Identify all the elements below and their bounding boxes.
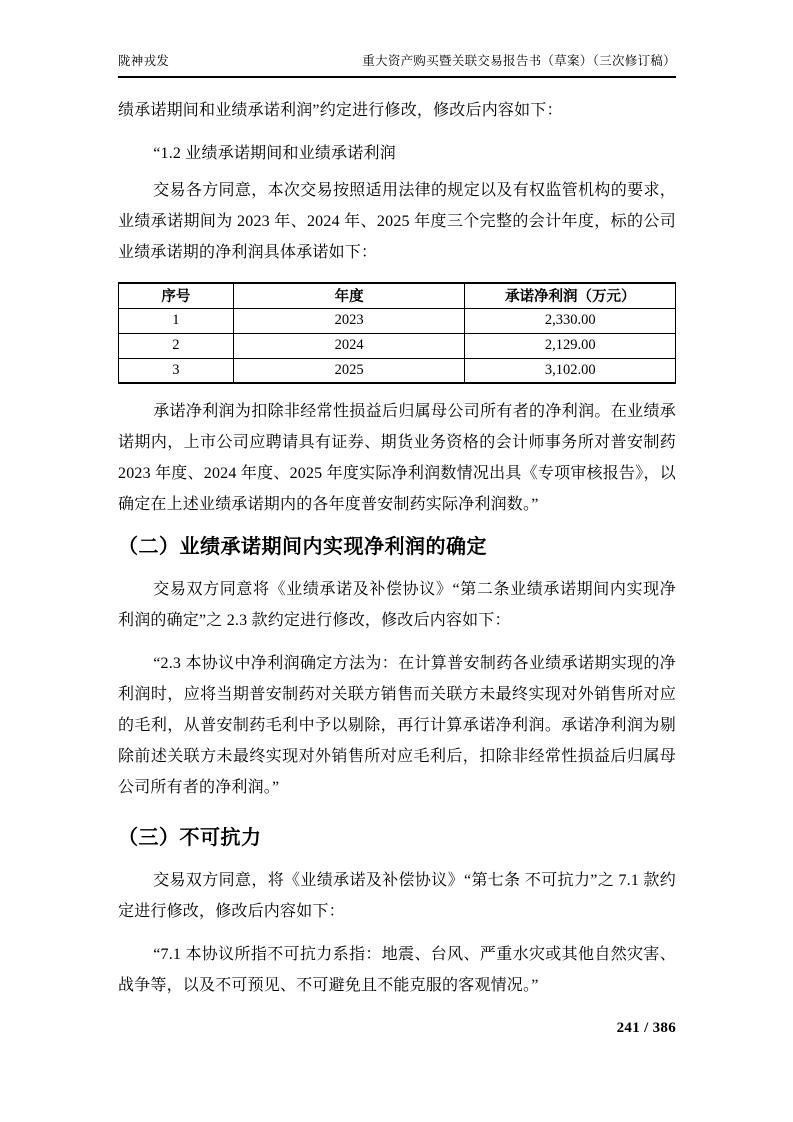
table-cell-year: 2023 (233, 308, 465, 333)
paragraph-section2-intro: 交易双方同意将《业绩承诺及补偿协议》“第二条业绩承诺期间内实现净利润的确定”之 … (118, 574, 676, 636)
table-header-seq: 序号 (119, 283, 234, 308)
header-company-name: 陇神戎发 (118, 53, 169, 70)
paragraph-clause-1-2-title: “1.2 业绩承诺期间和业绩承诺利润 (118, 138, 676, 169)
document-page: 陇神戎发 重大资产购买暨关联交易报告书（草案）（三次修订稿） 绩承诺期间和业绩承… (0, 0, 793, 1122)
table-cell-year: 2024 (233, 333, 465, 358)
paragraph-clause-7-1: “7.1 本协议所指不可抗力系指：地震、台风、严重水灾或其他自然灾害、战争等，以… (118, 939, 676, 1001)
table-cell-profit: 2,330.00 (465, 308, 676, 333)
table-header-row: 序号 年度 承诺净利润（万元） (119, 283, 676, 308)
section-heading-2: （二）业绩承诺期间内实现净利润的确定 (118, 534, 676, 560)
table-cell-seq: 1 (119, 308, 234, 333)
table-header-year: 年度 (233, 283, 465, 308)
header-report-title: 重大资产购买暨关联交易报告书（草案）（三次修订稿） (362, 53, 676, 70)
paragraph-continuation: 绩承诺期间和业绩承诺利润”约定进行修改，修改后内容如下： (118, 95, 676, 126)
section-heading-3: （三）不可抗力 (118, 825, 676, 851)
table-cell-year: 2025 (233, 358, 465, 383)
paragraph-section3-intro: 交易双方同意，将《业绩承诺及补偿协议》“第七条 不可抗力”之 7.1 款约定进行… (118, 865, 676, 927)
table-row: 2 2024 2,129.00 (119, 333, 676, 358)
profit-commitment-table: 序号 年度 承诺净利润（万元） 1 2023 2,330.00 2 2024 2… (118, 282, 676, 384)
table-row: 3 2025 3,102.00 (119, 358, 676, 383)
paragraph-clause-2-3: “2.3 本协议中净利润确定方法为：在计算普安制药各业绩承诺期实现的净利润时，应… (118, 648, 676, 803)
table-cell-seq: 3 (119, 358, 234, 383)
page-content: 陇神戎发 重大资产购买暨关联交易报告书（草案）（三次修订稿） 绩承诺期间和业绩承… (0, 0, 793, 1001)
table-row: 1 2023 2,330.00 (119, 308, 676, 333)
table-cell-profit: 3,102.00 (465, 358, 676, 383)
table-header-profit: 承诺净利润（万元） (465, 283, 676, 308)
page-number: 241 / 386 (617, 1020, 676, 1037)
paragraph-after-table: 承诺净利润为扣除非经常性损益后归属母公司所有者的净利润。在业绩承诺期内，上市公司… (118, 396, 676, 520)
page-header: 陇神戎发 重大资产购买暨关联交易报告书（草案）（三次修订稿） (118, 53, 676, 78)
paragraph-commitment-period: 交易各方同意，本次交易按照适用法律的规定以及有权监管机构的要求，业绩承诺期间为 … (118, 175, 676, 268)
table-cell-seq: 2 (119, 333, 234, 358)
table-cell-profit: 2,129.00 (465, 333, 676, 358)
